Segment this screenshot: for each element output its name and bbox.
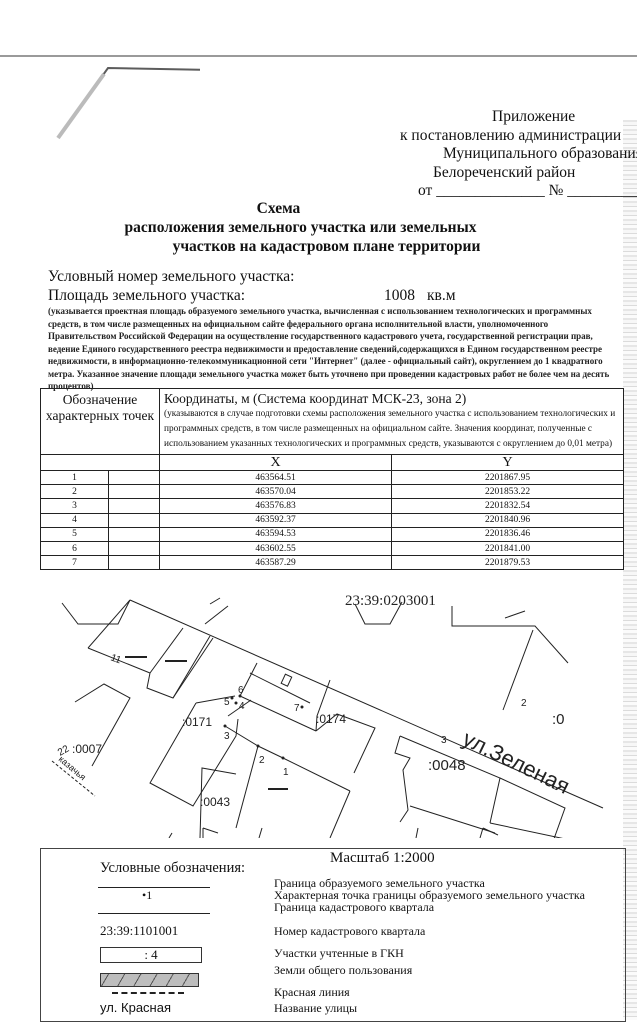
doc-title: Схема bbox=[0, 200, 597, 218]
legend-symbol-quarter-number: 23:39:1101001 bbox=[100, 923, 178, 939]
cell-x: 463587.29 bbox=[160, 556, 392, 570]
legend-item: Название улицы bbox=[274, 1001, 357, 1016]
area-note: (указывается проектная площадь образуемо… bbox=[48, 305, 618, 393]
cell-blank bbox=[109, 471, 160, 485]
paper-fold-mark bbox=[0, 60, 200, 140]
appendix-block: Приложение к постановлению администрации… bbox=[400, 108, 625, 201]
cell-x: 463594.53 bbox=[160, 527, 392, 541]
blank-cell bbox=[41, 455, 160, 471]
cell-y: 2201841.00 bbox=[392, 541, 624, 555]
doc-subtitle: расположения земельного участка или земе… bbox=[0, 219, 619, 237]
appendix-line: Приложение bbox=[400, 108, 625, 127]
table-row: 4463592.372201840.96 bbox=[41, 513, 624, 527]
cell-y: 2201867.95 bbox=[392, 471, 624, 485]
map-parcel-0043: :0043 bbox=[200, 795, 230, 809]
table-row: 7463587.292201879.53 bbox=[41, 556, 624, 570]
point-7: 7 bbox=[294, 703, 300, 714]
cell-x: 463564.51 bbox=[160, 471, 392, 485]
appendix-line: Белореченский район bbox=[400, 164, 625, 183]
cell-point: 6 bbox=[41, 541, 109, 555]
coordinates-table: Обозначение характерных точек Координаты… bbox=[40, 388, 624, 570]
point-1: 1 bbox=[283, 767, 289, 778]
cell-x: 463576.83 bbox=[160, 499, 392, 513]
header-points: Обозначение характерных точек bbox=[41, 389, 160, 455]
cell-x: 463592.37 bbox=[160, 513, 392, 527]
legend-symbol-point: •1 bbox=[142, 888, 152, 903]
table-row: 5463594.532201836.46 bbox=[41, 527, 624, 541]
map-parcel-0007: :0007 bbox=[72, 742, 102, 756]
map-parcel-0171: :0171 bbox=[182, 715, 212, 729]
header-coordinates: Координаты, м (Система координат МСК-23,… bbox=[160, 389, 624, 455]
column-y: Y bbox=[392, 455, 624, 471]
point-5: 5 bbox=[224, 697, 230, 708]
map-label-22: 22 bbox=[56, 743, 72, 758]
cell-point: 3 bbox=[41, 499, 109, 513]
table-row: 3463576.832201832.54 bbox=[41, 499, 624, 513]
point-3: 3 bbox=[224, 731, 230, 742]
cell-blank bbox=[109, 527, 160, 541]
legend-item: Земли общего пользования bbox=[274, 963, 412, 978]
legend-symbol-street: ул. Красная bbox=[100, 1000, 171, 1015]
point-6: 6 bbox=[238, 685, 244, 696]
table-row: 2463570.042201853.22 bbox=[41, 485, 624, 499]
map-quarter-number: 23:39:0203001 bbox=[345, 593, 436, 609]
legend-item: Участки учтенные в ГКН bbox=[274, 946, 404, 961]
area-label: Площадь земельного участка: bbox=[48, 287, 245, 305]
cell-y: 2201840.96 bbox=[392, 513, 624, 527]
legend-symbol-parcel-boundary bbox=[98, 887, 210, 888]
cell-y: 2201879.53 bbox=[392, 556, 624, 570]
cell-point: 1 bbox=[41, 471, 109, 485]
cell-point: 5 bbox=[41, 527, 109, 541]
scan-top-edge bbox=[0, 55, 637, 57]
appendix-line: к постановлению администрации bbox=[400, 127, 625, 146]
cell-y: 2201853.22 bbox=[392, 485, 624, 499]
legend-symbol-red-line bbox=[112, 992, 184, 994]
legend-symbol-gkn: : 4 bbox=[100, 947, 202, 963]
cell-x: 463570.04 bbox=[160, 485, 392, 499]
point-2: 2 bbox=[259, 755, 265, 766]
cell-blank bbox=[109, 541, 160, 555]
legend-header: Условные обозначения: bbox=[100, 860, 245, 877]
legend-item: Номер кадастрового квартала bbox=[274, 924, 425, 939]
legend-symbol-quarter-boundary bbox=[98, 913, 210, 914]
cell-blank bbox=[109, 556, 160, 570]
column-x: X bbox=[160, 455, 392, 471]
cell-point: 2 bbox=[41, 485, 109, 499]
cell-blank bbox=[109, 513, 160, 527]
conditional-number-label: Условный номер земельного участка: bbox=[48, 268, 294, 286]
header-coordinates-note: (указываются в случае подготовки схемы р… bbox=[164, 407, 619, 452]
map-parcel-0048: :0048 bbox=[428, 757, 466, 774]
cell-y: 2201832.54 bbox=[392, 499, 624, 513]
appendix-line: Муниципального образования bbox=[400, 145, 625, 164]
header-coordinates-title: Координаты, м (Система координат МСК-23,… bbox=[164, 391, 466, 406]
cell-point: 7 bbox=[41, 556, 109, 570]
cadastral-map: 23:39:0203001 ул.Зеленая казачья :0171 :… bbox=[0, 578, 637, 838]
legend-item: Красная линия bbox=[274, 985, 350, 1000]
area-unit: кв.м bbox=[427, 287, 456, 305]
appendix-date-number: от ______________ № __________ bbox=[400, 182, 625, 201]
cell-y: 2201836.46 bbox=[392, 527, 624, 541]
table-row: 6463602.552201841.00 bbox=[41, 541, 624, 555]
table-row: 1463564.512201867.95 bbox=[41, 471, 624, 485]
map-street-zelenaya: ул.Зеленая bbox=[459, 726, 574, 799]
cell-x: 463602.55 bbox=[160, 541, 392, 555]
legend-item: Граница кадастрового квартала bbox=[274, 900, 434, 915]
cell-blank bbox=[109, 485, 160, 499]
map-label-11: 11 bbox=[109, 652, 123, 666]
legend-symbol-public-land bbox=[100, 973, 199, 987]
cell-blank bbox=[109, 499, 160, 513]
doc-subtitle: участков на кадастровом плане территории bbox=[8, 238, 637, 256]
cell-point: 4 bbox=[41, 513, 109, 527]
map-scale: Масштаб 1:2000 bbox=[330, 850, 435, 867]
area-value: 1008 bbox=[384, 287, 415, 305]
map-parcel-0: :0 bbox=[552, 711, 565, 728]
map-label-2: 2 bbox=[521, 698, 527, 709]
map-parcel-0174: :0174 bbox=[316, 712, 346, 726]
point-4: 4 bbox=[239, 701, 245, 712]
map-label-3: 3 bbox=[441, 735, 447, 746]
